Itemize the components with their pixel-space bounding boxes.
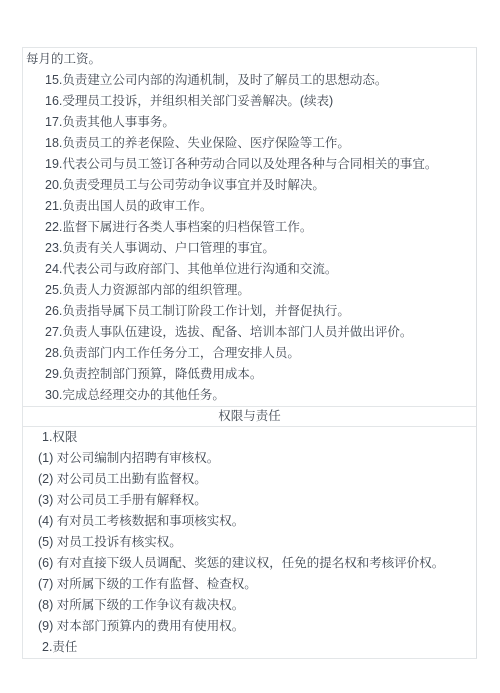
duty-item: 19.代表公司与员工签订各种劳动合同以及处理各种与合同相关的事宜。 (26, 154, 473, 175)
duty-item: 24.代表公司与政府部门、其他单位进行沟通和交流。 (26, 259, 473, 280)
duty-item: 22.监督下属进行各类人事档案的归档保管工作。 (26, 217, 473, 238)
authority-item: (2) 对公司员工出勤有监督权。 (26, 469, 473, 490)
authority-item: (5) 对员工投诉有核实权。 (26, 532, 473, 553)
authority-item: (9) 对本部门预算内的费用有使用权。 (26, 616, 473, 637)
duty-item: 23.负责有关人事调动、户口管理的事宜。 (26, 238, 473, 259)
duty-item: 16.受理员工投诉，并组织相关部门妥善解决。(续表) (26, 91, 473, 112)
authority-item: (7) 对所属下级的工作有监督、检查权。 (26, 574, 473, 595)
authority-item: (8) 对所属下级的工作争议有裁决权。 (26, 595, 473, 616)
section-header-row: 权限与责任 (23, 407, 476, 427)
duty-item: 17.负责其他人事事务。 (26, 112, 473, 133)
duty-item: 29.负责控制部门预算，降低费用成本。 (26, 364, 473, 385)
authority-item: (3) 对公司员工手册有解释权。 (26, 490, 473, 511)
intro-continuation-text: 每月的工资。 (26, 49, 473, 70)
duty-item: 27.负责人事队伍建设，选拔、配备、培训本部门人员并做出评价。 (26, 322, 473, 343)
duty-item: 20.负责受理员工与公司劳动争议事宜并及时解决。 (26, 175, 473, 196)
duty-item: 18.负责员工的养老保险、失业保险、医疗保险等工作。 (26, 133, 473, 154)
duty-item: 28.负责部门内工作任务分工，合理安排人员。 (26, 343, 473, 364)
duty-item: 25.负责人力资源部内部的组织管理。 (26, 280, 473, 301)
authority-item: (6) 有对直接下级人员调配、奖惩的建议权，任免的提名权和考核评价权。 (26, 553, 473, 574)
job-description-table: 每月的工资。 15.负责建立公司内部的沟通机制，及时了解员工的思想动态。 16.… (22, 47, 477, 659)
duties-cell: 每月的工资。 15.负责建立公司内部的沟通机制，及时了解员工的思想动态。 16.… (23, 48, 476, 407)
duty-item: 30.完成总经理交办的其他任务。 (26, 385, 473, 406)
duty-item: 21.负责出国人员的政审工作。 (26, 196, 473, 217)
authority-item: (1) 对公司编制内招聘有审核权。 (26, 448, 473, 469)
section-header-title: 权限与责任 (218, 409, 281, 423)
authority-item: (4) 有对员工考核数据和事项核实权。 (26, 511, 473, 532)
duty-item: 15.负责建立公司内部的沟通机制，及时了解员工的思想动态。 (26, 70, 473, 91)
authority-responsibility-cell: 1.权限 (1) 对公司编制内招聘有审核权。 (2) 对公司员工出勤有监督权。 … (23, 427, 476, 658)
duty-item: 26.负责指导属下员工制订阶段工作计划，并督促执行。 (26, 301, 473, 322)
responsibility-title: 2.责任 (26, 637, 473, 658)
authority-title: 1.权限 (26, 427, 473, 448)
